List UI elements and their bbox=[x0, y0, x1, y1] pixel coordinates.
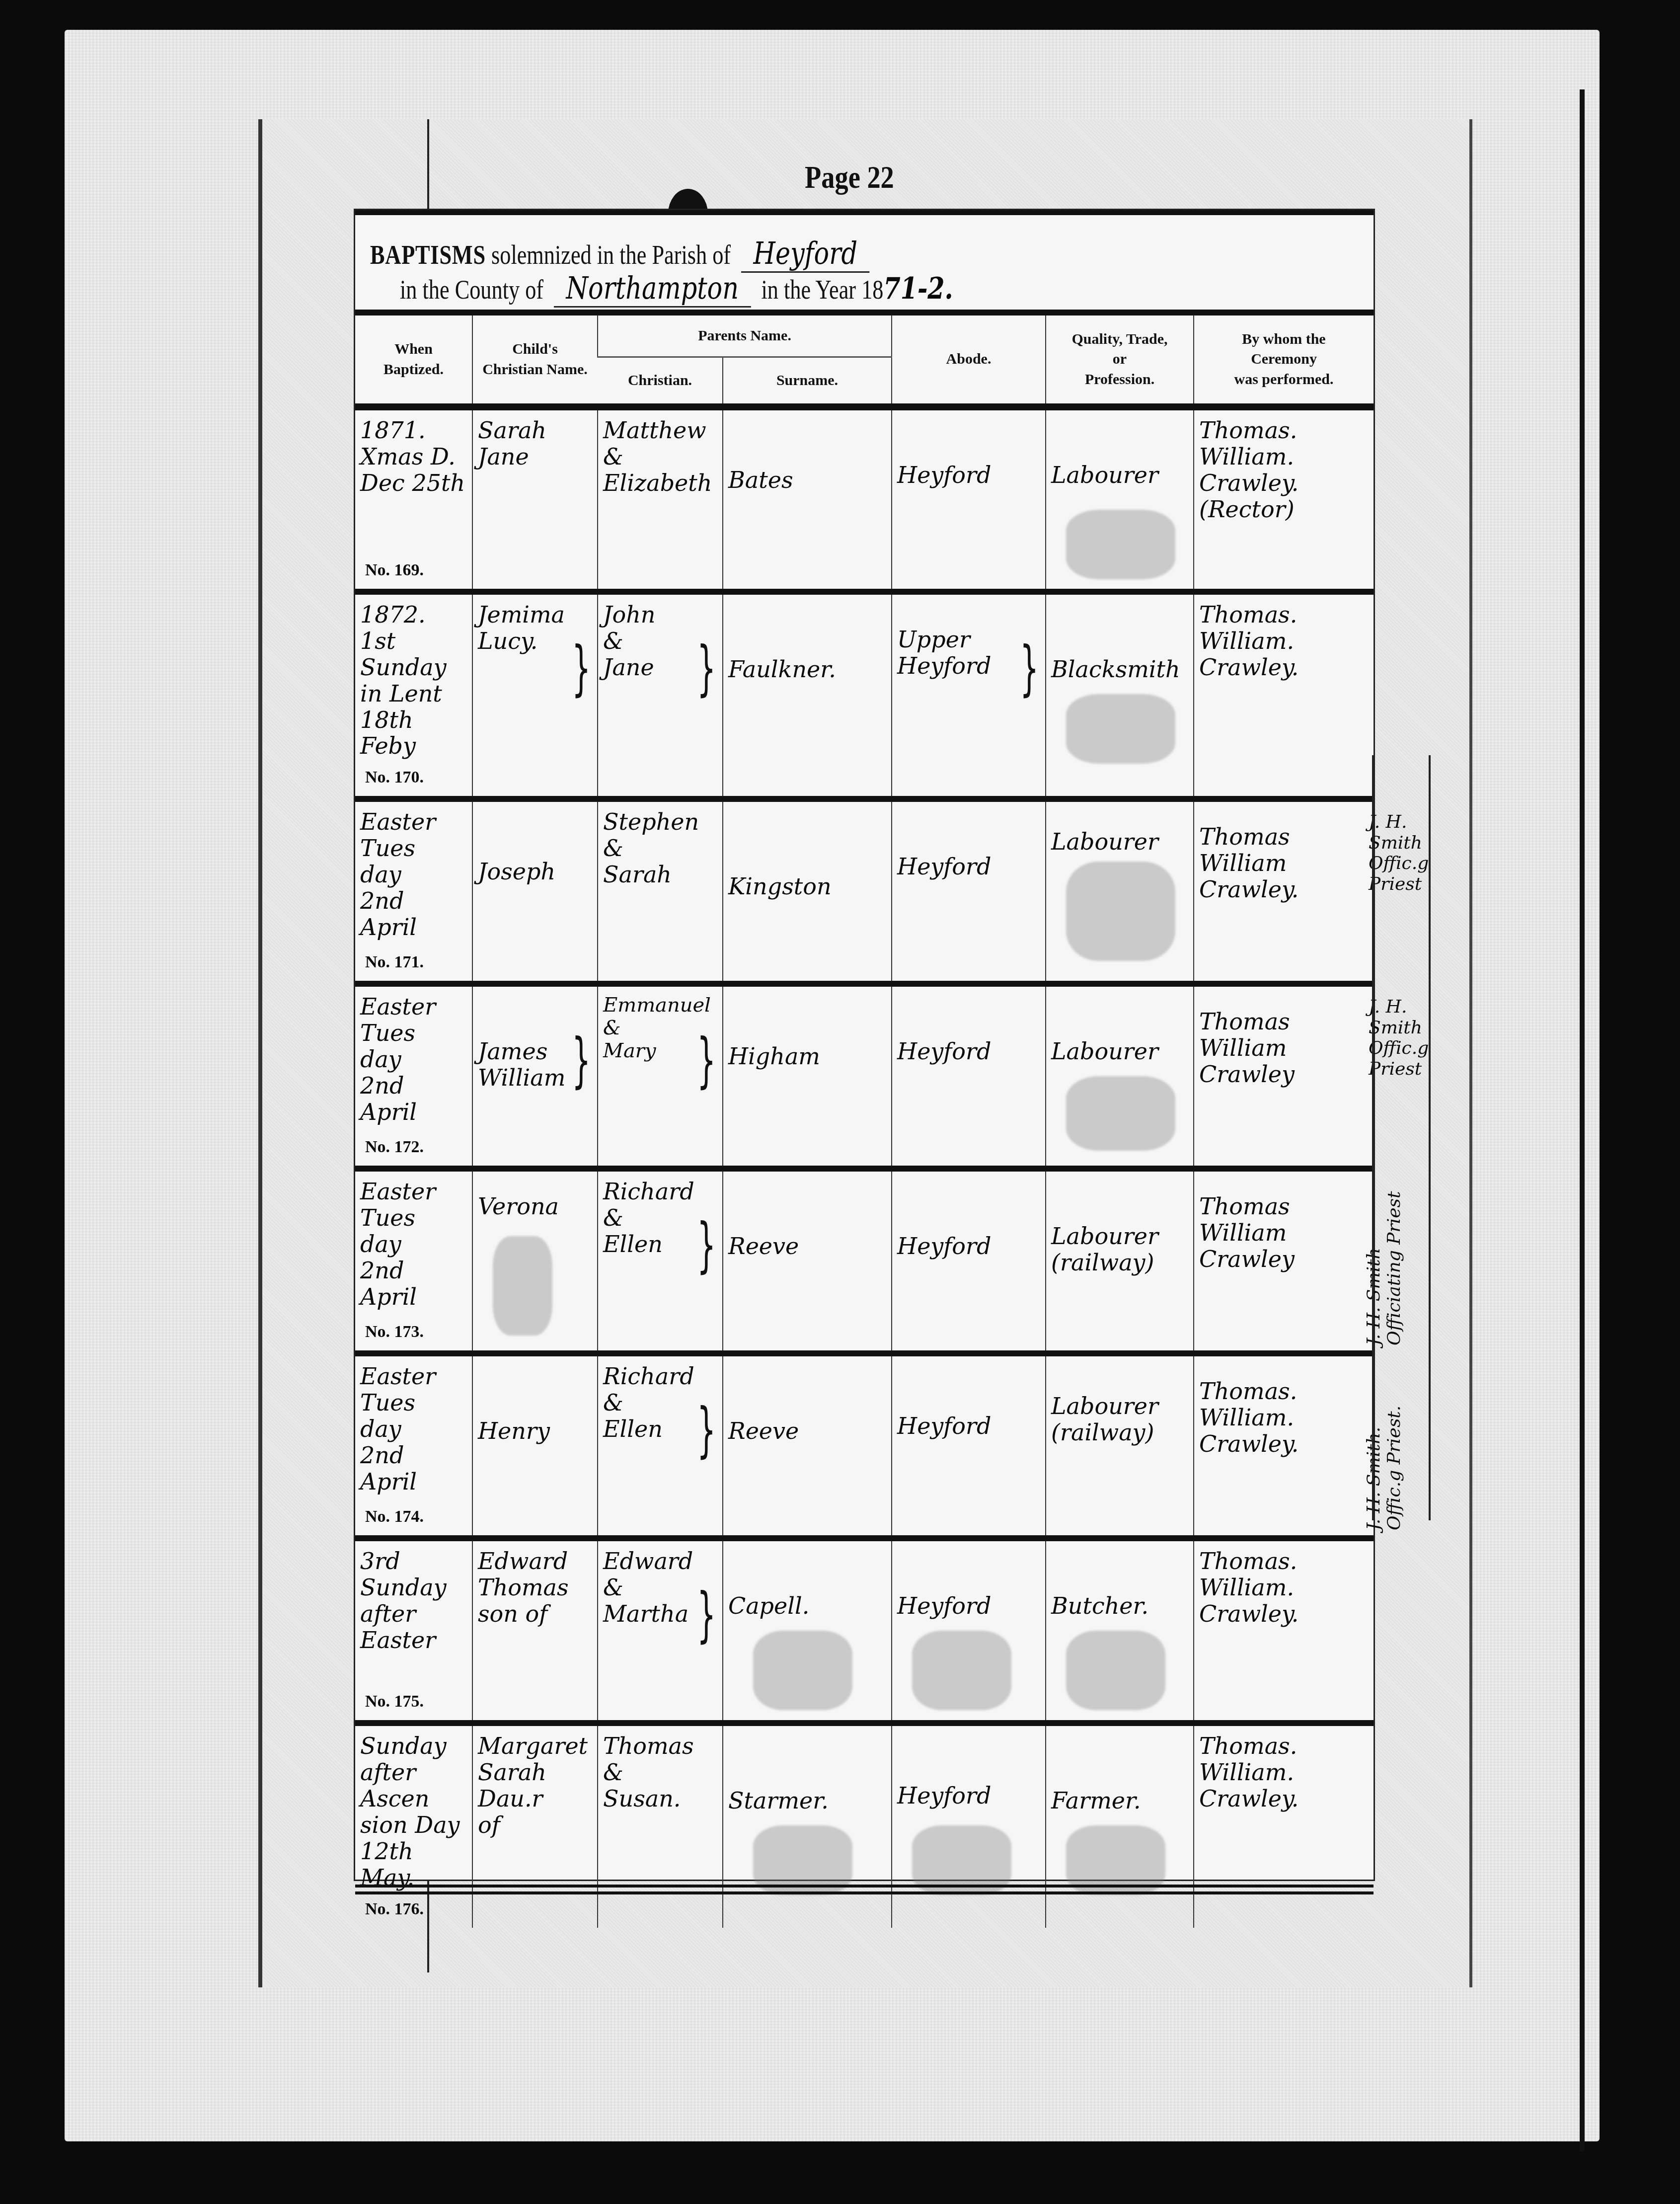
cell-quality: Labourer (railway) bbox=[1046, 1353, 1194, 1538]
table-row: 1871. Xmas D. Dec 25thNo. 169. Sarah Jan… bbox=[355, 407, 1374, 592]
heading-baptisms: BAPTISMS bbox=[370, 240, 486, 270]
cell-when: Easter Tues day 2nd AprilNo. 171. bbox=[355, 799, 472, 984]
entry-number: No. 176. bbox=[365, 1899, 424, 1919]
child-text: Verona bbox=[478, 1193, 592, 1220]
table-row: Easter Tues day 2nd AprilNo. 174. Henry … bbox=[355, 1353, 1374, 1538]
cell-surname: Higham bbox=[723, 984, 892, 1169]
cell-quality: Labourer bbox=[1046, 407, 1194, 592]
cell-parents-christian: Richard & Ellen} bbox=[598, 1353, 723, 1538]
cell-abode: Heyford bbox=[892, 984, 1046, 1169]
smudge bbox=[1066, 694, 1175, 764]
cell-child: Henry bbox=[472, 1353, 598, 1538]
cell-abode: Heyford bbox=[892, 1723, 1046, 1927]
brace-glyph: } bbox=[697, 1211, 716, 1280]
cell-quality: Blacksmith bbox=[1046, 592, 1194, 799]
when-text: 1872. 1st Sunday in Lent 18th Feby bbox=[360, 602, 467, 789]
entry-number: No. 174. bbox=[365, 1507, 424, 1526]
cell-officiant: Thomas William CrawleyJ. H. Smith Offic.… bbox=[1194, 984, 1374, 1169]
page-number: Page 22 bbox=[805, 159, 894, 196]
col-when-baptized: When Baptized. bbox=[355, 313, 472, 407]
cell-child: Jemima Lucy.} bbox=[472, 592, 598, 799]
abode-text: Heyford bbox=[897, 854, 1040, 880]
surname-text: Starmer. bbox=[728, 1788, 886, 1814]
smudge bbox=[1066, 1076, 1175, 1151]
surname-text: Capell. bbox=[728, 1593, 886, 1619]
smudge bbox=[1066, 1631, 1165, 1710]
cell-child: Joseph bbox=[472, 799, 598, 984]
smudge bbox=[1066, 510, 1175, 579]
brace-glyph: } bbox=[1020, 634, 1039, 703]
cell-child: James William} bbox=[472, 984, 598, 1169]
cell-surname: Starmer. bbox=[723, 1723, 892, 1927]
cell-surname: Bates bbox=[723, 407, 892, 592]
col-parents-surname: Surname. bbox=[723, 357, 892, 407]
cell-officiant: Thomas. William. Crawley. (Rector) bbox=[1194, 407, 1374, 592]
when-text: 3rd Sunday after Easter bbox=[360, 1548, 467, 1683]
heading-line-county: in the County of Northampton in the Year… bbox=[400, 270, 953, 308]
cell-officiant: Thomas William Crawley.J. H. Smith Offic… bbox=[1194, 799, 1374, 984]
cell-parents-christian: Thomas & Susan. bbox=[598, 1723, 723, 1927]
cell-child: Sarah Jane bbox=[472, 407, 598, 592]
cell-quality: Labourer bbox=[1046, 799, 1194, 984]
when-text: Easter Tues day 2nd April bbox=[360, 994, 467, 1155]
cell-surname: Kingston bbox=[723, 799, 892, 984]
smudge bbox=[912, 1631, 1011, 1710]
smudge bbox=[493, 1236, 552, 1336]
cell-when: 1872. 1st Sunday in Lent 18th FebyNo. 17… bbox=[355, 592, 472, 799]
officiant-text: Thomas William Crawley. bbox=[1199, 824, 1369, 903]
cell-parents-christian: Stephen & Sarah bbox=[598, 799, 723, 984]
register-heading: BAPTISMS solemnized in the Parish of Hey… bbox=[355, 210, 1374, 310]
cell-abode: Heyford bbox=[892, 1169, 1046, 1353]
when-text: Easter Tues day 2nd April bbox=[360, 1363, 467, 1524]
baptism-table: When Baptized. Child's Christian Name. P… bbox=[355, 310, 1374, 1928]
table-row: Easter Tues day 2nd AprilNo. 172. James … bbox=[355, 984, 1374, 1169]
cell-quality: Butcher. bbox=[1046, 1538, 1194, 1723]
cell-officiant: Thomas. William. Crawley.J. H. Smith. Of… bbox=[1194, 1353, 1374, 1538]
officiant-text: Thomas. William. Crawley. bbox=[1199, 1378, 1369, 1457]
cell-parents-christian: Richard & Ellen} bbox=[598, 1169, 723, 1353]
officiant-text: Thomas William Crawley bbox=[1199, 1009, 1369, 1088]
brace-glyph: } bbox=[697, 1026, 716, 1095]
register-bottom-rule bbox=[355, 1885, 1374, 1894]
book-right-edge bbox=[1580, 89, 1585, 2151]
cell-child: Edward Thomas son of bbox=[472, 1538, 598, 1723]
table-row: 3rd Sunday after EasterNo. 175. Edward T… bbox=[355, 1538, 1374, 1723]
abode-text: Heyford bbox=[897, 1038, 1040, 1065]
cell-parents-christian: Matthew & Elizabeth bbox=[598, 407, 723, 592]
abode-text: Heyford bbox=[897, 1783, 1040, 1809]
surname-text: Higham bbox=[728, 1043, 886, 1070]
surname-text: Reeve bbox=[728, 1233, 886, 1259]
cell-abode: Upper Heyford} bbox=[892, 592, 1046, 799]
cell-officiant: Thomas. William. Crawley. bbox=[1194, 1723, 1374, 1927]
entry-number: No. 173. bbox=[365, 1322, 424, 1341]
entry-number: No. 170. bbox=[365, 768, 424, 787]
margin-annex-column bbox=[1372, 755, 1431, 1520]
entry-number: No. 169. bbox=[365, 560, 424, 580]
when-text: Easter Tues day 2nd April bbox=[360, 1179, 467, 1339]
table-header: When Baptized. Child's Christian Name. P… bbox=[355, 313, 1374, 407]
child-text: Joseph bbox=[478, 859, 592, 885]
heading-text-county: in the County of bbox=[400, 275, 543, 305]
abode-text: Upper Heyford bbox=[897, 627, 1040, 679]
col-parents-name: Parents Name. bbox=[598, 313, 892, 357]
year-handwritten: 71-2. bbox=[883, 271, 953, 306]
baptism-register: BAPTISMS solemnized in the Parish of Hey… bbox=[354, 209, 1375, 1881]
surname-text: Reeve bbox=[728, 1418, 886, 1444]
cell-when: Sunday after Ascen sion Day 12th May.No.… bbox=[355, 1723, 472, 1927]
cell-quality: Labourer bbox=[1046, 984, 1194, 1169]
col-child-name: Child's Christian Name. bbox=[472, 313, 598, 407]
cell-surname: Capell. bbox=[723, 1538, 892, 1723]
col-quality: Quality, Trade, or Profession. bbox=[1046, 313, 1194, 407]
abode-text: Heyford bbox=[897, 1413, 1040, 1439]
table-row: Easter Tues day 2nd AprilNo. 173. Verona… bbox=[355, 1169, 1374, 1353]
cell-abode: Heyford bbox=[892, 799, 1046, 984]
quality-text: Labourer (railway) bbox=[1051, 1393, 1188, 1446]
col-abode: Abode. bbox=[892, 313, 1046, 407]
quality-text: Butcher. bbox=[1051, 1593, 1188, 1619]
brace-glyph: } bbox=[697, 634, 716, 703]
table-row: Sunday after Ascen sion Day 12th May.No.… bbox=[355, 1723, 1374, 1927]
quality-text: Labourer bbox=[1051, 462, 1188, 488]
cell-when: 3rd Sunday after EasterNo. 175. bbox=[355, 1538, 472, 1723]
entry-number: No. 175. bbox=[365, 1692, 424, 1711]
quality-text: Blacksmith bbox=[1051, 656, 1188, 683]
cell-when: Easter Tues day 2nd AprilNo. 173. bbox=[355, 1169, 472, 1353]
cell-abode: Heyford bbox=[892, 407, 1046, 592]
cell-abode: Heyford bbox=[892, 1538, 1046, 1723]
cell-officiant: Thomas. William. Crawley. bbox=[1194, 592, 1374, 799]
cell-parents-christian: John & Jane} bbox=[598, 592, 723, 799]
cell-child: Margaret Sarah Dau.r of bbox=[472, 1723, 598, 1927]
col-officiant: By whom the Ceremony was performed. bbox=[1194, 313, 1374, 407]
brace-glyph: } bbox=[572, 1026, 591, 1095]
surname-text: Kingston bbox=[728, 873, 886, 900]
cell-surname: Reeve bbox=[723, 1169, 892, 1353]
brace-glyph: } bbox=[572, 634, 591, 703]
cell-when: 1871. Xmas D. Dec 25thNo. 169. bbox=[355, 407, 472, 592]
table-row: 1872. 1st Sunday in Lent 18th FebyNo. 17… bbox=[355, 592, 1374, 799]
brace-glyph: } bbox=[697, 1581, 716, 1650]
quality-text: Labourer bbox=[1051, 829, 1188, 855]
surname-text: Faulkner. bbox=[728, 656, 886, 683]
child-text: Henry bbox=[478, 1418, 592, 1444]
county-name: Northampton bbox=[554, 270, 751, 308]
heading-text-parish: solemnized in the Parish of bbox=[491, 240, 731, 270]
parish-name: Heyford bbox=[741, 235, 870, 273]
heading-text-year: in the Year 18 bbox=[761, 275, 883, 305]
brace-glyph: } bbox=[697, 1396, 716, 1465]
col-parents-christian: Christian. bbox=[598, 357, 723, 407]
cell-abode: Heyford bbox=[892, 1353, 1046, 1538]
when-text: Easter Tues day 2nd April bbox=[360, 809, 467, 970]
cell-when: Easter Tues day 2nd AprilNo. 172. bbox=[355, 984, 472, 1169]
when-text: 1871. Xmas D. Dec 25th bbox=[360, 417, 467, 526]
entry-number: No. 172. bbox=[365, 1137, 424, 1157]
entry-number: No. 171. bbox=[365, 952, 424, 972]
abode-text: Heyford bbox=[897, 1233, 1040, 1259]
surname-text: Bates bbox=[728, 467, 886, 493]
smudge bbox=[1066, 862, 1175, 961]
abode-text: Heyford bbox=[897, 1593, 1040, 1619]
cell-child: Verona bbox=[472, 1169, 598, 1353]
abode-text: Heyford bbox=[897, 462, 1040, 488]
cell-surname: Faulkner. bbox=[723, 592, 892, 799]
cell-quality: Farmer. bbox=[1046, 1723, 1194, 1927]
cell-surname: Reeve bbox=[723, 1353, 892, 1538]
cell-when: Easter Tues day 2nd AprilNo. 174. bbox=[355, 1353, 472, 1538]
table-row: Easter Tues day 2nd AprilNo. 171. Joseph… bbox=[355, 799, 1374, 984]
cell-officiant: Thomas William CrawleyJ. H. Smith Offici… bbox=[1194, 1169, 1374, 1353]
quality-text: Labourer bbox=[1051, 1038, 1188, 1065]
cell-parents-christian: Edward & Martha} bbox=[598, 1538, 723, 1723]
cell-officiant: Thomas. William. Crawley. bbox=[1194, 1538, 1374, 1723]
quality-text: Labourer (railway) bbox=[1051, 1223, 1188, 1276]
cell-quality: Labourer (railway) bbox=[1046, 1169, 1194, 1353]
cell-parents-christian: Emmanuel & Mary} bbox=[598, 984, 723, 1169]
smudge bbox=[753, 1631, 852, 1710]
heading-line-parish: BAPTISMS solemnized in the Parish of Hey… bbox=[370, 235, 874, 273]
quality-text: Farmer. bbox=[1051, 1788, 1188, 1814]
officiant-text: Thomas William Crawley bbox=[1199, 1193, 1369, 1272]
